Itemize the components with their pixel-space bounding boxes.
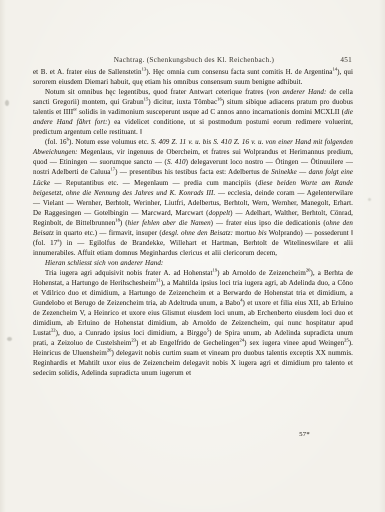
signature-mark: 57* [299,431,310,438]
editorial-note-text: desgl. ohne den Beisatz: [162,229,233,237]
hand-note-heading: Hieran schliesst sich von anderer Hand: [33,258,353,268]
editorial-note-text: doppelt [209,209,231,217]
text-segment: (fol. 16 [45,138,67,146]
text-segment: ) sex iugera vinee apud Weingen [244,339,344,347]
editorial-note-text: bis [258,229,266,237]
paragraph-folio-16: (fol. 16b). Notum esse volumus etc. S. 4… [33,137,353,258]
text-segment: ) — presentibus his testibus facta est: … [115,168,271,176]
text-segment: et B. et A. frater eius de Sallenstetin [33,68,142,76]
text-segment: — Reputantibus etc. — Megenlaum — predia… [50,179,258,187]
page-number: 451 [340,55,352,65]
paragraph-tria-iugera: Tria iugera agri adquisivit nobis frater… [33,268,353,379]
page-header: Nachtrag. (Schenkungsbuch des Kl. Reiche… [36,55,352,67]
text-segment: ) ab Arnoldo de Zeizencheim [217,269,306,277]
text-segment: solidis in vadimonium susceperunt usque … [77,108,344,116]
text-segment: ). Notum esse volumus etc. [69,138,151,146]
text-segment: ) — frater eius ipso die dedicationis ( [211,219,326,227]
text-segment: ) ( [120,219,128,227]
text-segment: ) in — Egilolfus de Brandekke, Willehart… [33,239,353,257]
text-segment: mortuo [233,229,258,237]
scan-speck [368,198,371,201]
scan-speck [7,337,12,341]
running-title: Nachtrag. (Schenkungsbuch des Kl. Reiche… [36,55,352,65]
paragraph-notum-sit: Notum sit omnibus hęc legentibus, quod f… [33,87,353,137]
text-segment: ) et ab Engelfrido de Gechelingen [136,339,240,347]
text-segment: in quarto etc.) — firmavit, insuper ( [54,229,162,237]
editorial-note-text: von anderer Hand: [269,88,326,96]
text-segment: Notum sit omnibus hęc legentibus, quod f… [45,88,269,96]
editorial-note-text: Sninekke [271,168,297,176]
page: Nachtrag. (Schenkungsbuch des Kl. Reiche… [0,0,385,512]
page-body: et B. et A. frater eius de Sallenstetin1… [33,67,353,378]
editorial-note-text: S. 410 [167,158,186,166]
text-segment: ). Hęc omnia cum consensu facta sunt com… [146,68,332,76]
text-segment: ), duo, a Cunrado ipsius loci dimidium, … [56,329,207,337]
text-segment: Tria iugera agri adquisivit nobis frater… [45,269,213,277]
scan-speck [5,100,9,106]
paragraph-continuation: et B. et A. frater eius de Sallenstetin1… [33,67,353,87]
text-segment: — [297,168,309,176]
editorial-note-text: hier fehlen aber die Namen [128,219,211,227]
text-segment: ) dicitur, iuxta Tömbac [148,98,217,106]
editorial-note-text: Hieran schliesst sich von anderer Hand: [45,259,163,267]
